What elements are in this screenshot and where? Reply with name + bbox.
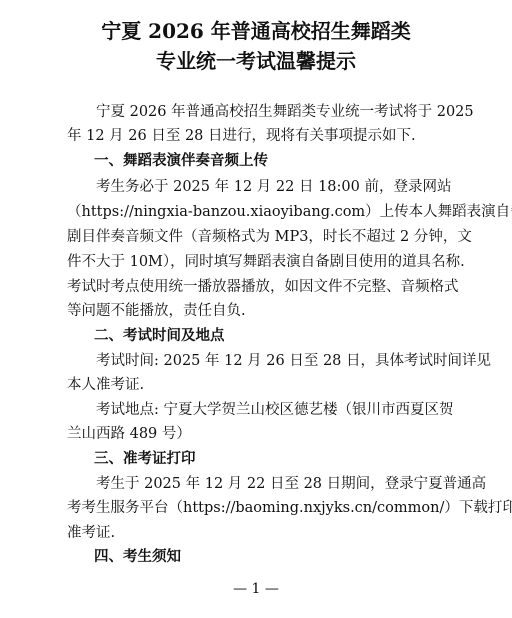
section-3-line: 考考生服务平台（https://baoming.nxjyks.cn/common… — [67, 499, 457, 517]
section-1-line: 件不大于 10M），同时填写舞蹈表演自备剧目使用的道具名称. — [67, 253, 457, 271]
section-1-line: 考试时考点使用统一播放器播放，如因文件不完整、音频格式 — [67, 278, 457, 296]
section-1-line: （https://ningxia-banzou.xiaoyibang.com）上… — [67, 203, 457, 221]
section-heading-audio-upload: 一、舞蹈表演伴奏音频上传 — [94, 152, 268, 170]
section-1-line: 等问题不能播放，责任自负. — [67, 302, 457, 320]
page-number: — 1 — — [0, 580, 512, 598]
section-heading-candidate-notice: 四、考生须知 — [94, 548, 181, 566]
section-2-line: 本人准考证. — [67, 376, 457, 394]
section-1-line: 考生务必于 2025 年 12 月 22 日 18:00 前，登录网站 — [96, 178, 437, 196]
section-heading-admission-ticket: 三、准考证打印 — [94, 450, 196, 468]
intro-paragraph-line: 年 12 月 26 日至 28 日进行，现将有关事项提示如下. — [67, 127, 457, 145]
document-title-line-1: 宁夏 2026 年普通高校招生舞蹈类 — [0, 19, 512, 43]
section-3-line: 考生于 2025 年 12 月 22 日至 28 日期间，登录宁夏普通高 — [96, 475, 437, 493]
section-3-line: 准考证. — [67, 524, 457, 542]
section-2-line: 考试地点: 宁夏大学贺兰山校区德艺楼（银川市西夏区贺 — [96, 401, 437, 419]
section-heading-time-location: 二、考试时间及地点 — [94, 327, 225, 345]
section-1-line: 剧目伴奏音频文件（音频格式为 MP3，时长不超过 2 分钟，文 — [67, 228, 457, 246]
intro-paragraph-line: 宁夏 2026 年普通高校招生舞蹈类专业统一考试将于 2025 — [96, 103, 437, 121]
section-2-line: 兰山西路 489 号） — [67, 425, 457, 443]
document-title-line-2: 专业统一考试温馨提示 — [0, 49, 512, 73]
section-2-line: 考试时间: 2025 年 12 月 26 日至 28 日，具体考试时间详见 — [96, 352, 437, 370]
